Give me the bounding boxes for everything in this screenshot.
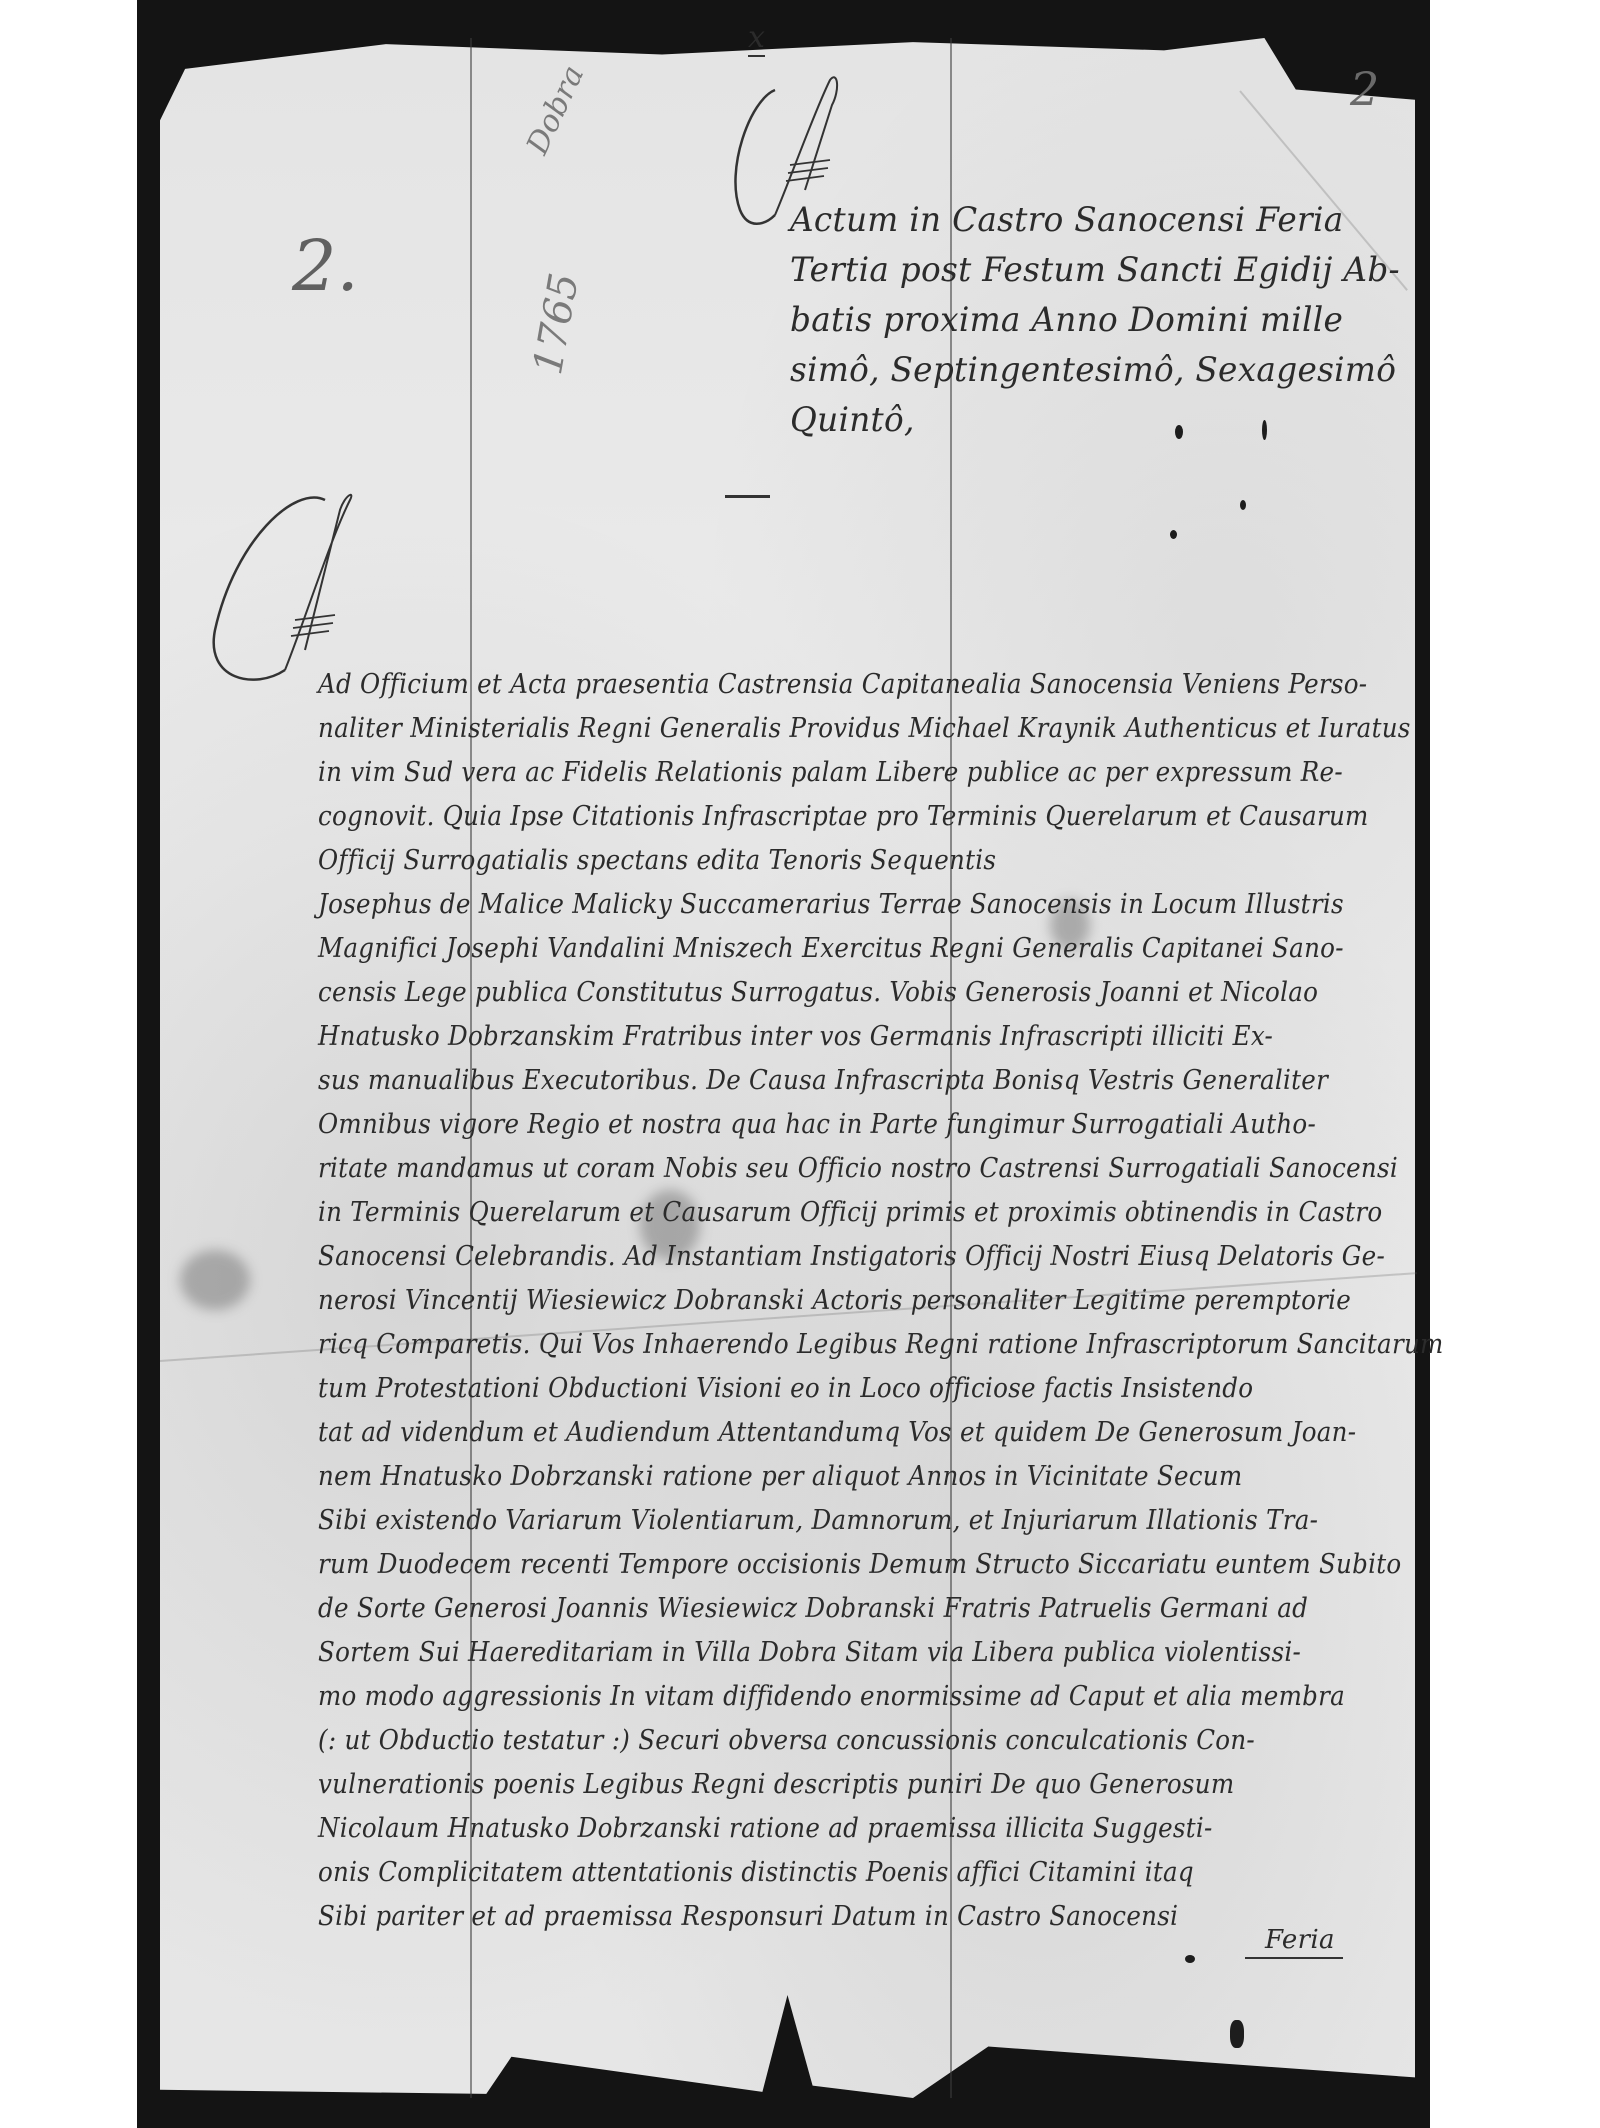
body-line: Hnatusko Dobrzanskim Fratribus inter vos… [318,1015,1444,1059]
body-line: Josephus de Malice Malicky Succamerarius… [318,883,1444,927]
body-line: Officij Surrogatialis spectans edita Ten… [318,839,1444,883]
ink-blot [1185,1955,1195,1963]
ink-blot [1170,530,1177,539]
body-line: Sanocensi Celebrandis. Ad Instantiam Ins… [318,1235,1444,1279]
heading-text: Actum in Castro Sanocensi Feria Tertia p… [790,195,1424,445]
body-line: in vim Sud vera ac Fidelis Relationis pa… [318,751,1444,795]
heading-line: Actum in Castro Sanocensi Feria [790,195,1400,245]
body-line: mo modo aggressionis In vitam diffidendo… [318,1675,1444,1719]
body-text: Ad Officium et Acta praesentia Castrensi… [318,663,1556,1939]
body-line: nerosi Vincentij Wiesiewicz Dobranski Ac… [318,1279,1444,1323]
body-line: Sortem Sui Haereditariam in Villa Dobra … [318,1631,1444,1675]
body-line: censis Lege publica Constitutus Surrogat… [318,971,1444,1015]
body-line: cognovit. Quia Ipse Citationis Infrascri… [318,795,1444,839]
body-line: ritate mandamus ut coram Nobis seu Offic… [318,1147,1444,1191]
body-line: nem Hnatusko Dobrzanski ratione per aliq… [318,1455,1444,1499]
body-line: ricq Comparetis. Qui Vos Inhaerendo Legi… [318,1323,1444,1367]
heading-line: simô, Septingentesimô, Sexagesimô [790,345,1400,395]
body-line: tat ad videndum et Audiendum Attentandum… [318,1411,1444,1455]
body-line: Magnifici Josephi Vandalini Mniszech Exe… [318,927,1444,971]
page-number-right: 2 [1350,62,1379,116]
body-line: vulnerationis poenis Legibus Regni descr… [318,1763,1444,1807]
water-stain [180,1250,250,1310]
body-line: (: ut Obductio testatur :) Securi obvers… [318,1719,1444,1763]
body-line: Sibi existendo Variarum Violentiarum, Da… [318,1499,1444,1543]
body-line: onis Complicitatem attentationis distinc… [318,1851,1444,1895]
body-line: in Terminis Querelarum et Causarum Offic… [318,1191,1444,1235]
ink-blot [1230,2020,1244,2048]
page-number-left: 2. [292,225,359,307]
body-line: Nicolaum Hnatusko Dobrzanski ratione ad … [318,1807,1444,1851]
body-line: de Sorte Generosi Joannis Wiesiewicz Dob… [318,1587,1444,1631]
body-line: sus manualibus Executoribus. De Causa In… [318,1059,1444,1103]
body-line: tum Protestationi Obductioni Visioni eo … [318,1367,1444,1411]
top-mark: x [748,20,765,57]
separator-dash [725,495,770,498]
catchword: Feria [1245,1925,1343,1959]
body-line: Ad Officium et Acta praesentia Castrensi… [318,663,1444,707]
heading-line: Tertia post Festum Sancti Egidij Ab- [790,245,1400,295]
body-line: rum Duodecem recenti Tempore occisionis … [318,1543,1444,1587]
ink-blot [1240,500,1246,510]
body-line: naliter Ministerialis Regni Generalis Pr… [318,707,1444,751]
body-line: Omnibus vigore Regio et nostra qua hac i… [318,1103,1444,1147]
heading-line: Quintô, [790,395,1400,445]
heading-line: batis proxima Anno Domini mille [790,295,1400,345]
